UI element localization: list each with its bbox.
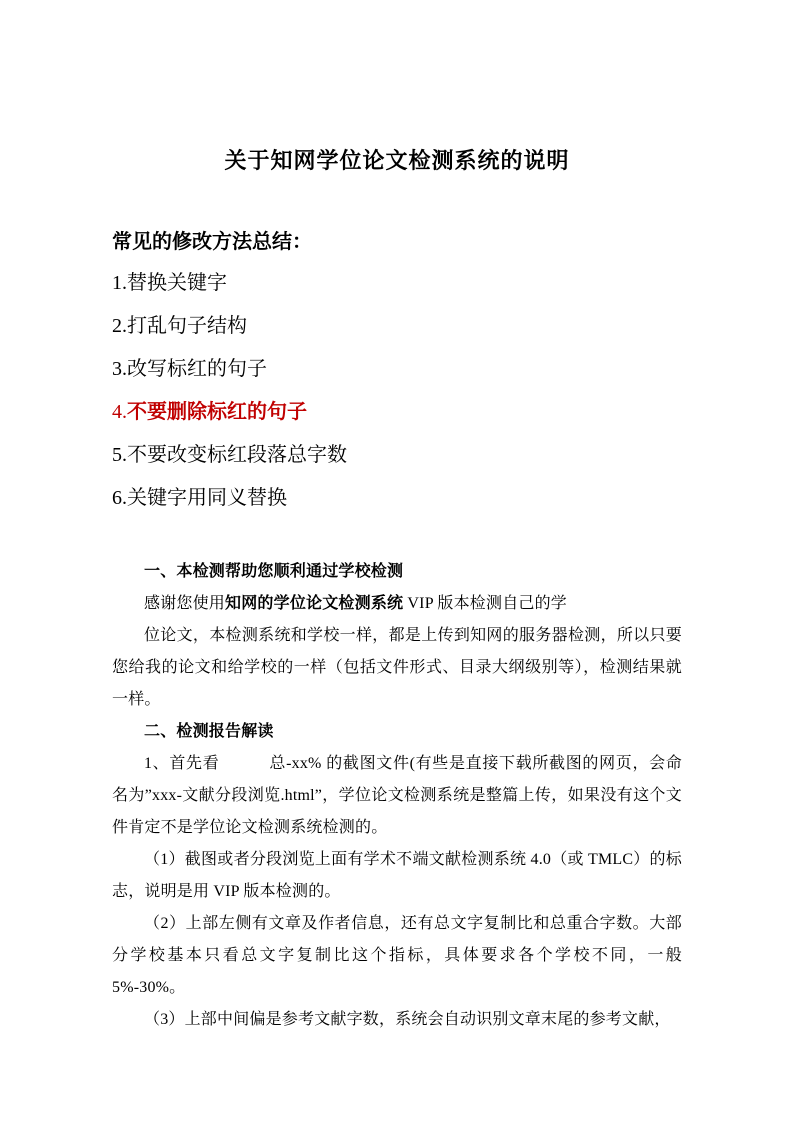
section-2-paragraph-4: （3）上部中间偏是参考文献字数，系统会自动识别文章末尾的参考文献， xyxy=(112,1004,682,1036)
method-item-1: 1.替换关键字 xyxy=(112,262,682,305)
bold-text-run: 知网的学位论文检测系统 xyxy=(225,595,403,612)
method-label: 改写标红的句子 xyxy=(127,358,267,380)
section-1-heading: 一、本检测帮助您顺利通过学校检测 xyxy=(112,556,682,588)
method-number: 6. xyxy=(112,487,127,509)
document-page: 关于知网学位论文检测系统的说明 常见的修改方法总结： 1.替换关键字 2.打乱句… xyxy=(0,0,794,1123)
method-item-2: 2.打乱句子结构 xyxy=(112,305,682,348)
method-item-6: 6.关键字用同义替换 xyxy=(112,477,682,520)
section-2-paragraph-1: 1、首先看 总-xx% 的截图文件(有些是直接下载所截图的网页，会命名为”xxx… xyxy=(112,748,682,844)
method-number: 1. xyxy=(112,272,127,294)
methods-summary-header: 常见的修改方法总结： xyxy=(112,228,682,256)
text-run: VIP 版本检测自己的学 xyxy=(403,595,567,612)
text-run: 感谢您使用 xyxy=(144,595,225,612)
method-item-3: 3.改写标红的句子 xyxy=(112,348,682,391)
methods-list: 1.替换关键字 2.打乱句子结构 3.改写标红的句子 4.不要删除标红的句子 5… xyxy=(112,262,682,520)
document-title: 关于知网学位论文检测系统的说明 xyxy=(112,0,682,176)
method-label: 不要改变标红段落总字数 xyxy=(127,444,347,466)
method-number: 3. xyxy=(112,358,127,380)
section-2-paragraph-2: （1）截图或者分段浏览上面有学术不端文献检测系统 4.0（或 TMLC）的标志，… xyxy=(112,844,682,908)
method-label: 不要删除标红的句子 xyxy=(127,401,307,423)
section-1-paragraph-1: 感谢您使用知网的学位论文检测系统 VIP 版本检测自己的学 xyxy=(112,588,682,620)
method-number: 2. xyxy=(112,315,127,337)
method-number: 4. xyxy=(112,401,127,423)
method-label: 关键字用同义替换 xyxy=(127,487,287,509)
section-2-paragraph-3: （2）上部左侧有文章及作者信息，还有总文字复制比和总重合字数。大部分学校基本只看… xyxy=(112,908,682,1004)
method-item-5: 5.不要改变标红段落总字数 xyxy=(112,434,682,477)
method-label: 替换关键字 xyxy=(127,272,227,294)
document-body: 一、本检测帮助您顺利通过学校检测 感谢您使用知网的学位论文检测系统 VIP 版本… xyxy=(112,556,682,1036)
section-1-paragraph-2: 位论文，本检测系统和学校一样，都是上传到知网的服务器检测，所以只要您给我的论文和… xyxy=(112,620,682,716)
method-number: 5. xyxy=(112,444,127,466)
section-2-heading: 二、检测报告解读 xyxy=(112,716,682,748)
method-label: 打乱句子结构 xyxy=(127,315,247,337)
method-item-4: 4.不要删除标红的句子 xyxy=(112,391,682,434)
document-content: 关于知网学位论文检测系统的说明 常见的修改方法总结： 1.替换关键字 2.打乱句… xyxy=(0,0,794,1036)
